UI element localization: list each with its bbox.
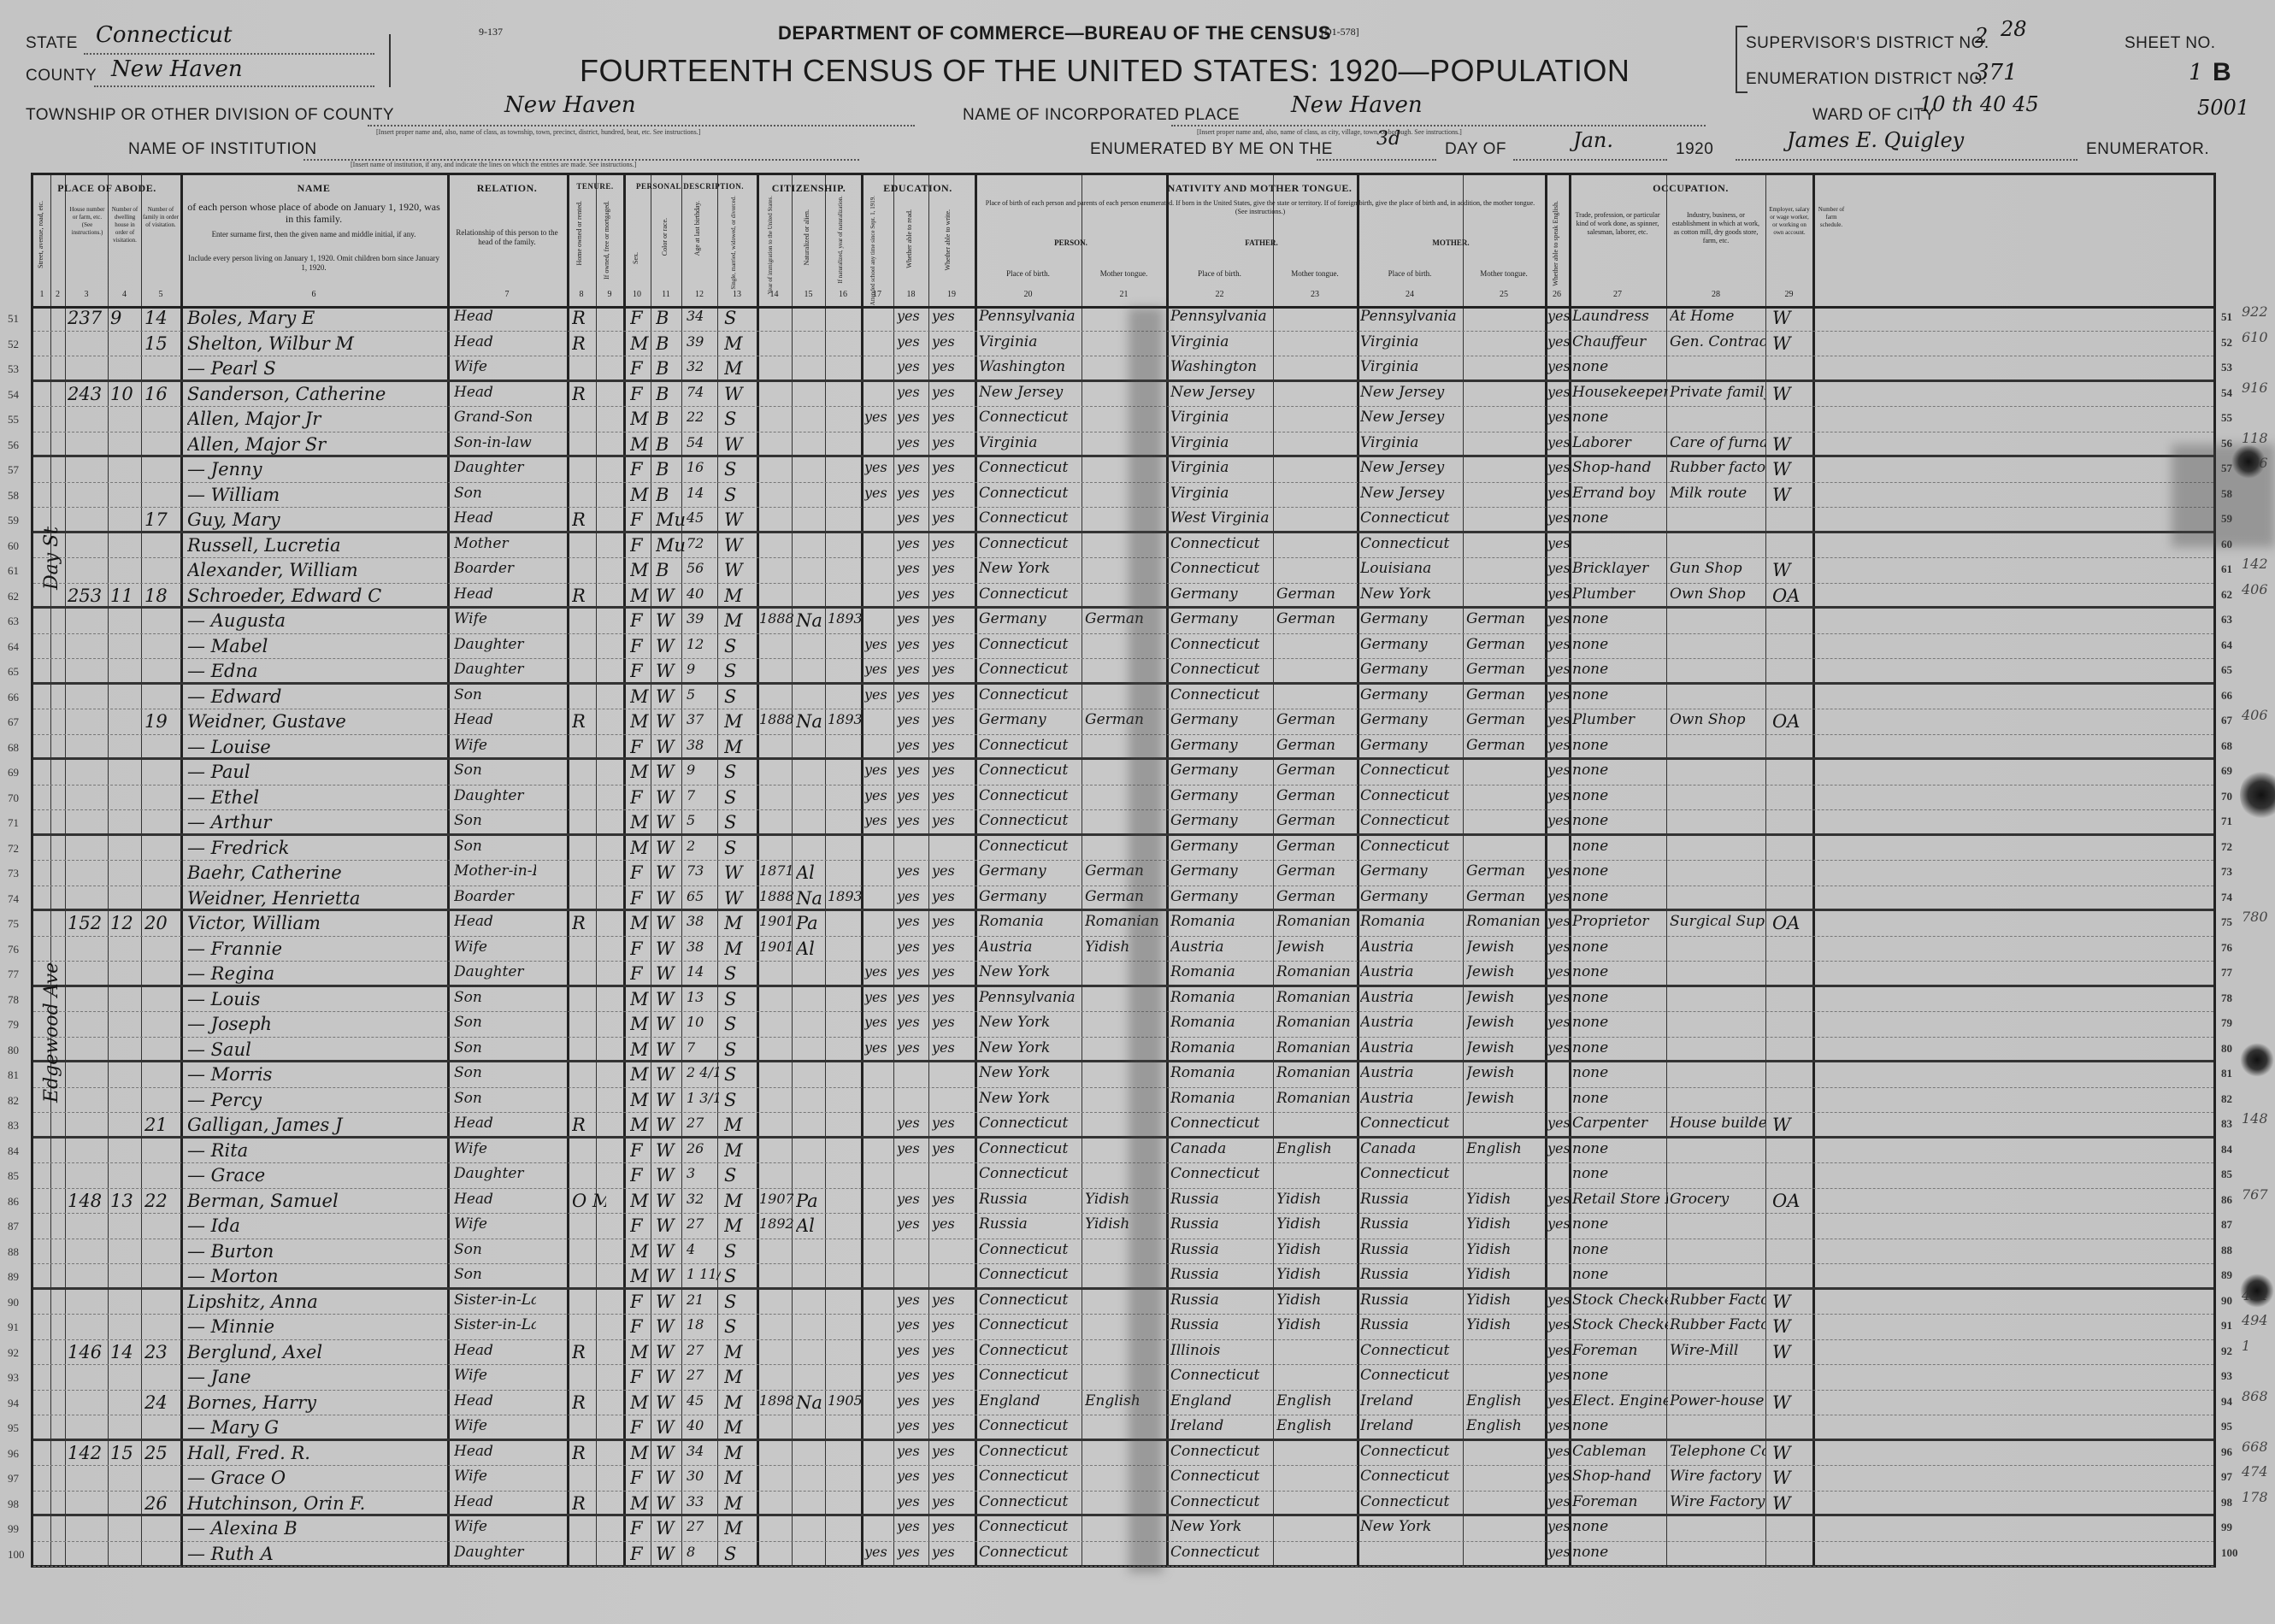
trade: none (1572, 888, 1668, 905)
can-write: yes (932, 1417, 966, 1433)
father-birthplace: Connecticut (1170, 1544, 1273, 1561)
father-birthplace: Virginia (1170, 459, 1273, 476)
attended-school: yes (864, 485, 899, 501)
age: 9 (687, 762, 721, 778)
column-number: 11 (651, 290, 681, 299)
person-name: Guy, Mary (187, 509, 444, 530)
margin-line-number: 71 (2221, 815, 2232, 828)
relation: Daughter (454, 1544, 536, 1561)
mother-mother-tongue: German (1466, 888, 1548, 905)
person-name: Allen, Major Jr (187, 409, 444, 429)
marital-status: S (724, 812, 758, 833)
birthplace: Virginia (979, 333, 1082, 350)
column-number: 10 (623, 290, 651, 299)
age: 18 (687, 1316, 721, 1333)
birthplace: Connecticut (979, 459, 1082, 476)
father-birthplace: Russia (1170, 1215, 1273, 1233)
marital-status: S (724, 459, 758, 480)
can-write: yes (932, 1342, 966, 1358)
father-birthplace: Virginia (1170, 434, 1273, 451)
person-name: Hall, Fred. R. (187, 1443, 444, 1463)
can-write: yes (932, 939, 966, 955)
father-birthplace: Canada (1170, 1140, 1273, 1157)
table-row: 921461423Berglund, AxelHeadRMW27MyesyesC… (33, 1340, 2213, 1366)
can-read: yes (897, 1292, 931, 1308)
birthplace: Connecticut (979, 636, 1082, 653)
can-read: yes (897, 1417, 931, 1433)
dwelling-number: 10 (110, 384, 144, 404)
can-read: yes (897, 762, 931, 778)
group-nativity: NATIVITY AND MOTHER TONGUE. (975, 182, 1545, 195)
mother-birthplace: Russia (1360, 1241, 1463, 1258)
column-number: 6 (180, 290, 447, 299)
birthplace: Romania (979, 913, 1082, 930)
industry: Wire Factory (1670, 1493, 1765, 1510)
can-read: yes (897, 1342, 931, 1358)
column-number: 17 (861, 290, 893, 299)
marital-status: M (724, 1342, 758, 1362)
naturalized: Al (796, 1215, 830, 1236)
dwelling-number: 15 (110, 1443, 144, 1463)
street-name-1: Day St (41, 527, 62, 590)
can-write: yes (932, 1493, 966, 1509)
line-number: 54 (8, 388, 19, 402)
industry: Gun Shop (1670, 560, 1765, 577)
can-write: yes (932, 989, 966, 1005)
trade: Cableman (1572, 1443, 1668, 1460)
father-birthplace: Russia (1170, 1292, 1273, 1309)
naturalized: Al (796, 939, 830, 959)
relation: Son (454, 762, 536, 779)
can-read: yes (897, 737, 931, 753)
person-name: Weidner, Henrietta (187, 888, 444, 909)
house-number: 142 (68, 1443, 102, 1463)
line-number: 82 (8, 1094, 19, 1108)
can-write: yes (932, 1518, 966, 1534)
father-label: FATHER. (1166, 238, 1357, 248)
age: 72 (687, 535, 721, 551)
column-number: 12 (681, 290, 717, 299)
sheet-number: 1 (2189, 60, 2203, 85)
line-number: 86 (8, 1195, 19, 1209)
trade: none (1572, 737, 1668, 754)
person-name: — Ida (187, 1215, 444, 1236)
line-number: 98 (8, 1497, 19, 1511)
father-birthplace: Germany (1170, 862, 1273, 880)
table-row: 622531118Schroeder, Edward CHeadRMW40Mye… (33, 584, 2213, 609)
column-number: 24 (1357, 290, 1463, 299)
father-birthplace: Connecticut (1170, 661, 1273, 678)
column-number: 23 (1273, 290, 1357, 299)
race: W (656, 686, 690, 707)
marital-status: M (724, 711, 758, 732)
relation: Boarder (454, 560, 536, 577)
worker-class: W (1772, 459, 1806, 480)
marital-status: S (724, 485, 758, 505)
father-birthplace: Virginia (1170, 333, 1273, 350)
enumerated-day: 3d (1376, 128, 1400, 150)
person-name: — Ruth A (187, 1544, 444, 1564)
stamp-number: 5001 (2197, 96, 2249, 120)
mother-mother-tongue: German (1466, 862, 1548, 880)
father-birthplace: Germany (1170, 711, 1273, 728)
relation: Head (454, 1342, 536, 1359)
c29-desc: Number of farm schedule. (1814, 206, 1848, 229)
table-row: 76— FrannieWifeFW38M1901AlyesyesAustriaY… (33, 937, 2213, 962)
trade: none (1572, 358, 1668, 375)
relation: Wife (454, 358, 536, 375)
margin-line-number: 87 (2221, 1218, 2232, 1232)
table-row: 100— Ruth ADaughterFW8SyesyesyesConnecti… (33, 1542, 2213, 1568)
can-read: yes (897, 1544, 931, 1560)
worker-class: W (1772, 434, 1806, 455)
race: W (656, 1266, 690, 1286)
occupation-code: 780 (2242, 909, 2268, 925)
relation: Head (454, 1392, 536, 1409)
group-citizenship: CITIZENSHIP. (757, 182, 861, 195)
c9-desc: Sex. (632, 252, 639, 264)
mother-birthplace: Austria (1360, 989, 1463, 1006)
column-number: 27 (1569, 290, 1666, 299)
census-table: PLACE OF ABODE. NAME RELATION. TENURE. P… (31, 173, 2216, 1568)
mother-birthplace: Russia (1360, 1292, 1463, 1309)
can-write: yes (932, 636, 966, 652)
trade: Foreman (1572, 1493, 1668, 1510)
age: 73 (687, 862, 721, 879)
person-name: — Mabel (187, 636, 444, 656)
margin-line-number: 97 (2221, 1470, 2232, 1484)
line-number: 59 (8, 514, 19, 527)
attended-school: yes (864, 812, 899, 828)
tenure: R (572, 333, 606, 354)
table-row: 66— EdwardSonMW5SyesyesyesConnecticutCon… (33, 685, 2213, 710)
father-birthplace: Russia (1170, 1316, 1273, 1333)
birthplace: Germany (979, 888, 1082, 905)
age: 13 (687, 989, 721, 1005)
father-tongue: German (1276, 585, 1359, 603)
mother-birthplace: Connecticut (1360, 1468, 1463, 1485)
worker-class: W (1772, 333, 1806, 354)
trade: none (1572, 762, 1668, 779)
marital-status: S (724, 661, 758, 681)
birthplace: Connecticut (979, 762, 1082, 779)
can-read: yes (897, 1115, 931, 1131)
supervisor-label: Supervisor's District No. (1746, 34, 1989, 53)
father-birthplace: Illinois (1170, 1342, 1273, 1359)
can-write: yes (932, 459, 966, 475)
mother-birthplace: Austria (1360, 1090, 1463, 1107)
industry: Wire-Mill (1670, 1342, 1765, 1359)
mother-birthplace: Connecticut (1360, 787, 1463, 804)
house-number: 152 (68, 913, 102, 933)
trade: Stock Checker (1572, 1316, 1668, 1333)
person-name: Baehr, Catherine (187, 862, 444, 883)
family-number: 19 (144, 711, 179, 732)
naturalized: Al (796, 862, 830, 883)
birthplace: Connecticut (979, 1292, 1082, 1309)
birthplace: Austria (979, 939, 1082, 956)
line-number: 70 (8, 791, 19, 805)
column-number: 13 (717, 290, 757, 299)
relation: Son (454, 1064, 536, 1081)
relation: Wife (454, 610, 536, 627)
relation: Son (454, 1014, 536, 1031)
father-birthplace: Russia (1170, 1241, 1273, 1258)
father-birthplace: Connecticut (1170, 1115, 1273, 1132)
mother-birthplace: Germany (1360, 737, 1463, 754)
marital-status: W (724, 384, 758, 404)
column-number: 19 (928, 290, 975, 299)
c10-desc: Color or race. (661, 218, 669, 256)
person-name: Berman, Samuel (187, 1191, 444, 1211)
can-write: yes (932, 888, 966, 904)
line-number: 63 (8, 615, 19, 628)
c12-desc: Single, married, widowed, or divorced. (730, 196, 737, 290)
marital-status: M (724, 1191, 758, 1211)
relation: Wife (454, 1518, 536, 1535)
worker-class: W (1772, 1292, 1806, 1312)
mother-birthplace: Austria (1360, 939, 1463, 956)
column-number: 26 (1545, 290, 1569, 299)
race: B (656, 409, 690, 429)
race: W (656, 1039, 690, 1060)
margin-line-number: 65 (2221, 663, 2232, 677)
line-number: 60 (8, 539, 19, 553)
marital-status: W (724, 560, 758, 580)
family-number: 23 (144, 1342, 179, 1362)
person-name: Lipshitz, Anna (187, 1292, 444, 1312)
group-relation: RELATION. (447, 182, 567, 195)
incorporated-note: [Insert proper name and, also, name of c… (1197, 128, 1462, 136)
father-birthplace: Austria (1170, 939, 1273, 956)
can-read: yes (897, 661, 931, 677)
mother-mother-tongue: Yidish (1466, 1215, 1548, 1233)
mother-birthplace: Germany (1360, 888, 1463, 905)
occupation-code: 148 (2242, 1110, 2268, 1127)
birthplace: New Jersey (979, 384, 1082, 401)
father-birthplace: New York (1170, 1518, 1273, 1535)
race: W (656, 762, 690, 782)
age: 12 (687, 636, 721, 652)
tenure: R (572, 585, 606, 606)
mother-tongue-label: Mother tongue. (1463, 269, 1545, 279)
can-read: yes (897, 1191, 931, 1207)
can-read: yes (897, 308, 931, 324)
trade: none (1572, 989, 1668, 1006)
margin-line-number: 61 (2221, 562, 2232, 576)
mother-birthplace: Connecticut (1360, 762, 1463, 779)
father-birthplace: Connecticut (1170, 1468, 1273, 1485)
c11-desc: Age at last birthday. (693, 201, 701, 256)
line-number: 92 (8, 1346, 19, 1360)
table-row: 56Allen, Major SrSon-in-lawMB54WyesyesVi… (33, 432, 2213, 458)
mother-birthplace: Austria (1360, 1039, 1463, 1056)
table-row: 9424Bornes, HarryHeadRMW45M1898Na1905yes… (33, 1391, 2213, 1416)
mother-birthplace: Connecticut (1360, 535, 1463, 552)
race: W (656, 1165, 690, 1186)
immigration-year: 1892 (759, 1215, 793, 1232)
person-name: Shelton, Wilbur M (187, 333, 444, 354)
can-write: yes (932, 333, 966, 350)
race: W (656, 838, 690, 858)
table-row: 861481322Berman, SamuelHeadO MMW32M1907P… (33, 1189, 2213, 1215)
can-read: yes (897, 686, 931, 703)
tenure: R (572, 1493, 606, 1514)
enumerator-label: Enumerator. (2086, 140, 2209, 159)
relation: Daughter (454, 636, 536, 653)
table-row: 87— IdaWifeFW27M1892AlyesyesRussiaYidish… (33, 1214, 2213, 1239)
person-name: — Frannie (187, 939, 444, 959)
age: 1 3/12 (687, 1090, 721, 1106)
father-birthplace: Germany (1170, 762, 1273, 779)
worker-class: OA (1772, 711, 1806, 732)
person-name: — Mary G (187, 1417, 444, 1438)
table-row: 70— EthelDaughterFW7SyesyesyesConnecticu… (33, 786, 2213, 811)
birthplace: Connecticut (979, 661, 1082, 678)
table-header: PLACE OF ABODE. NAME RELATION. TENURE. P… (33, 175, 2213, 309)
mother-birthplace: Connecticut (1360, 1342, 1463, 1359)
can-write: yes (932, 862, 966, 879)
occupation-code: 1 (2242, 1338, 2250, 1354)
relation: Daughter (454, 661, 536, 678)
table-row: 88— BurtonSonMW4SConnecticutRussiaYidish… (33, 1239, 2213, 1265)
relation: Sister-in-Law (454, 1292, 536, 1309)
marital-status: S (724, 1241, 758, 1262)
marital-status: S (724, 1014, 758, 1034)
occupation-code: 118 (2242, 430, 2268, 446)
mother-mother-tongue: English (1466, 1392, 1548, 1409)
trade: none (1572, 963, 1668, 980)
state-value: Connecticut (96, 22, 233, 48)
can-read: yes (897, 711, 931, 727)
margin-line-number: 66 (2221, 689, 2232, 703)
worker-class: OA (1772, 913, 1806, 933)
line-number: 64 (8, 640, 19, 654)
margin-line-number: 89 (2221, 1268, 2232, 1282)
table-row: 63— AugustaWifeFW39M1888Na1893yesyesGerm… (33, 609, 2213, 634)
line-number: 87 (8, 1220, 19, 1233)
relation: Wife (454, 1468, 536, 1485)
relation: Son-in-law (454, 434, 536, 451)
birthplace: Connecticut (979, 686, 1082, 703)
can-read: yes (897, 1468, 931, 1484)
column-number: 16 (825, 290, 861, 299)
line-number: 77 (8, 968, 19, 981)
marital-status: M (724, 1140, 758, 1161)
margin-line-number: 64 (2221, 638, 2232, 652)
name-desc-3: Include every person living on January 1… (187, 254, 440, 273)
line-number: 75 (8, 917, 19, 931)
margin-line-number: 74 (2221, 891, 2232, 904)
race: B (656, 333, 690, 354)
trade: none (1572, 1064, 1668, 1081)
marital-status: S (724, 1090, 758, 1110)
can-read: yes (897, 1140, 931, 1156)
birthplace: New York (979, 1064, 1082, 1081)
incorporated-value: New Haven (1291, 92, 1423, 118)
mother-birthplace: Ireland (1360, 1392, 1463, 1409)
day-of-label: day of (1445, 140, 1506, 159)
margin-line-number: 93 (2221, 1369, 2232, 1383)
enumerated-year: 1920 (1676, 140, 1713, 159)
race: B (656, 358, 690, 379)
birthplace: Connecticut (979, 838, 1082, 855)
worker-class: W (1772, 1443, 1806, 1463)
table-row: 542431016Sanderson, CatherineHeadRFB74Wy… (33, 382, 2213, 408)
ink-blot-2 (2240, 769, 2275, 821)
census-title: FOURTEENTH CENSUS OF THE UNITED STATES: … (580, 53, 1630, 89)
person-name: — Minnie (187, 1316, 444, 1337)
race: W (656, 913, 690, 933)
trade: Plumber (1572, 711, 1668, 728)
can-read: yes (897, 384, 931, 400)
house-number: 146 (68, 1342, 102, 1362)
can-write: yes (932, 434, 966, 450)
trade: none (1572, 636, 1668, 653)
can-read: yes (897, 485, 931, 501)
county-label: County (26, 67, 97, 85)
trade: none (1572, 1140, 1668, 1157)
relation: Head (454, 384, 536, 401)
can-read: yes (897, 862, 931, 879)
race: W (656, 1090, 690, 1110)
line-number: 72 (8, 842, 19, 856)
father-tongue: German (1276, 737, 1359, 754)
relation: Mother (454, 535, 536, 552)
attended-school: yes (864, 963, 899, 980)
immigration-year: 1901 (759, 913, 793, 929)
line-number: 55 (8, 413, 19, 427)
ink-blot-1 (2231, 444, 2266, 479)
can-write: yes (932, 509, 966, 526)
can-write: yes (932, 1443, 966, 1459)
family-number: 22 (144, 1191, 179, 1211)
marital-status: M (724, 1367, 758, 1387)
marital-status: M (724, 585, 758, 606)
table-row: 85— GraceDaughterFW3SConnecticutConnecti… (33, 1163, 2213, 1189)
mother-birthplace: Virginia (1360, 434, 1463, 451)
street-name-2: Edgewood Ave (41, 962, 62, 1103)
father-pob-label: Place of birth. (1166, 269, 1273, 279)
birthplace: Connecticut (979, 812, 1082, 829)
father-tongue: Jewish (1276, 939, 1359, 956)
age: 5 (687, 686, 721, 703)
margin-line-number: 99 (2221, 1521, 2232, 1534)
father-birthplace: Germany (1170, 812, 1273, 829)
speaks-english: yes (1547, 535, 1582, 551)
worker-class: W (1772, 308, 1806, 328)
enumerator-line (1736, 159, 2078, 161)
age: 32 (687, 358, 721, 374)
marital-status: M (724, 1518, 758, 1539)
mother-birthplace: Germany (1360, 862, 1463, 880)
marital-status: M (724, 1115, 758, 1135)
race: W (656, 1064, 690, 1085)
marital-status: S (724, 409, 758, 429)
c13-desc: Year of immigration to the United States… (767, 196, 774, 294)
race: W (656, 1115, 690, 1135)
race: W (656, 1544, 690, 1564)
form-code: [D1-578] (1321, 26, 1359, 38)
birthplace: Connecticut (979, 1140, 1082, 1157)
relation: Boarder (454, 888, 536, 905)
occupation-code: 767 (2242, 1186, 2268, 1203)
trade: Proprietor (1572, 913, 1668, 930)
worker-class: W (1772, 1316, 1806, 1337)
trade: Stock Checker (1572, 1292, 1668, 1309)
relation: Sister-in-Law (454, 1316, 536, 1333)
age: 56 (687, 560, 721, 576)
